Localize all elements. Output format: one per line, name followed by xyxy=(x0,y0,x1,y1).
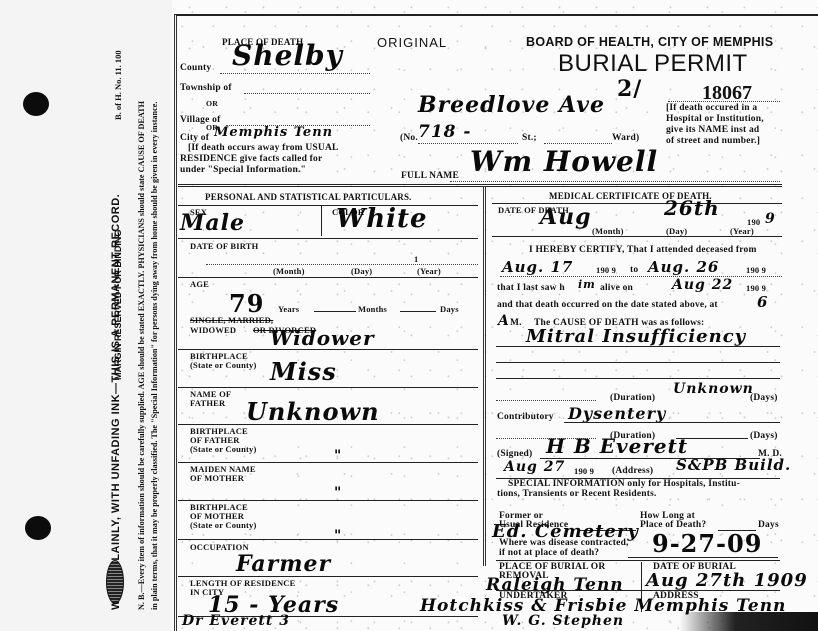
punch-hole-icon xyxy=(25,516,51,540)
column-divider xyxy=(483,186,486,566)
last-saw-year: 190 9 xyxy=(746,284,766,293)
special-info-2: tions, Transients or Recent Residents. xyxy=(497,490,657,500)
mother-birthplace-sublabel: (State or County) xyxy=(190,521,257,530)
hospital-note-4: of street and number.] xyxy=(666,137,760,147)
age-label: AGE xyxy=(190,280,209,289)
township-label: Township of xyxy=(180,84,232,94)
sex-field[interactable]: Male xyxy=(180,212,245,234)
rule xyxy=(178,205,478,206)
permit-number: 18067 xyxy=(702,83,752,103)
away-note-2: RESIDENCE give facts called for xyxy=(180,155,322,165)
attended-to-year: 190 9 xyxy=(746,266,766,275)
signed-field[interactable]: H B Everett xyxy=(546,436,688,456)
county-field[interactable]: Shelby xyxy=(232,42,343,70)
rule xyxy=(496,560,780,561)
attended-to-field[interactable]: Aug. 26 xyxy=(648,260,719,275)
ward-label: Ward) xyxy=(612,134,639,144)
bottom-scrawl: Dr Everett 3 xyxy=(182,614,290,628)
rule xyxy=(496,400,596,401)
last-saw-text: that I last saw h xyxy=(497,284,565,294)
contributory-label: Contributory xyxy=(497,413,554,423)
certify-text: I HEREBY CERTIFY, That I attended deceas… xyxy=(529,246,757,256)
punch-hole-icon xyxy=(23,92,49,116)
rule xyxy=(496,362,780,363)
birthplace-field[interactable]: Miss xyxy=(270,360,337,384)
rule xyxy=(492,203,782,204)
dob-month-label: (Month) xyxy=(273,267,305,276)
dod-year-field[interactable]: 9 xyxy=(765,212,776,226)
binding-margin: WRITE PLAINLY, WITH UNFADING INK—THIS IS… xyxy=(0,0,172,631)
township-field[interactable] xyxy=(244,93,370,94)
mother-birthplace-field[interactable]: " xyxy=(334,529,342,543)
rule xyxy=(178,238,478,239)
age-years-field[interactable]: 79 xyxy=(229,292,264,316)
sex-color-divider xyxy=(321,206,322,236)
dod-year-label: (Year) xyxy=(730,227,754,236)
duration-field[interactable]: Unknown xyxy=(673,382,754,396)
rule xyxy=(178,500,478,501)
rule xyxy=(178,349,478,350)
father-name-field[interactable]: Unknown xyxy=(246,400,380,424)
days-label: Days xyxy=(440,305,459,314)
union-label-seal-icon xyxy=(106,560,124,604)
meridiem-field[interactable]: A xyxy=(498,314,510,328)
rule xyxy=(564,422,780,423)
address-field[interactable]: S&PB Build. xyxy=(676,458,791,473)
rule xyxy=(496,346,780,347)
board-of-health: BOARD OF HEALTH, CITY OF MEMPHIS xyxy=(526,36,773,49)
last-saw-date-field[interactable]: Aug 22 xyxy=(672,278,733,292)
contributory-field[interactable]: Dysentery xyxy=(568,406,666,422)
street-number-label: (No. xyxy=(400,134,418,144)
signed-year: 190 9 xyxy=(574,467,594,476)
rule xyxy=(178,277,478,278)
nb-note-line-1: N. B.—Every item of information should b… xyxy=(137,101,146,610)
full-name-field[interactable]: Wm Howell xyxy=(470,148,658,176)
rule xyxy=(178,576,478,577)
burial-date-handwritten[interactable]: 9-27-09 xyxy=(652,532,762,556)
burial-date-field[interactable]: Aug 27th 1909 xyxy=(646,572,808,590)
city-field[interactable]: Memphis Tenn xyxy=(214,126,333,139)
county-field-rule xyxy=(220,73,370,74)
hospital-note-2: Hospital or Institution, xyxy=(666,115,764,125)
duration-days-label: (Days) xyxy=(750,394,778,404)
rule xyxy=(492,236,782,237)
father-name-sublabel: FATHER xyxy=(190,399,225,408)
county-label: County xyxy=(180,64,211,74)
attended-from-year: 190 9 xyxy=(596,266,616,275)
rule xyxy=(178,387,478,388)
rule xyxy=(178,539,478,540)
widowed-label: WIDOWED xyxy=(190,326,236,335)
rule xyxy=(178,424,478,425)
or-label: OR xyxy=(206,100,218,108)
father-birthplace-sublabel: (State or County) xyxy=(190,445,257,454)
rule xyxy=(500,276,782,277)
form-number: B. of H. No. 11. 100 xyxy=(113,50,123,120)
registrar-signature: W. G. Stephen xyxy=(502,614,624,628)
street-field[interactable]: Breedlove Ave xyxy=(418,94,605,116)
scan-edge-shadow xyxy=(680,612,818,631)
m-label: M. xyxy=(510,319,522,329)
last-saw-pronoun[interactable]: im xyxy=(578,279,596,290)
dod-day-field[interactable]: 26th xyxy=(664,198,720,218)
hospital-note-3: give its NAME inst ad xyxy=(666,126,759,136)
duration-label: (Duration) xyxy=(610,394,655,404)
hour-field[interactable]: 6 xyxy=(757,295,768,310)
header-divider xyxy=(178,184,782,187)
duration2-days-label: (Days) xyxy=(750,432,778,442)
mother-name-field[interactable]: " xyxy=(334,486,342,500)
dod-month-field[interactable]: Aug xyxy=(540,206,591,228)
birthplace-sublabel: (State or County) xyxy=(190,361,257,370)
days-field[interactable] xyxy=(400,311,436,312)
page-title: BURIAL PERMIT xyxy=(558,52,748,76)
hospital-note-1: [If death occured in a xyxy=(666,104,757,114)
full-name-rule xyxy=(450,181,780,182)
marital-label-struck: SINGLE, MARRIED, xyxy=(190,316,273,325)
dob-day-label: (Day) xyxy=(351,267,372,276)
dob-year-prefix: 1 xyxy=(414,255,418,264)
occurred-text: and that death occurred on the date stat… xyxy=(497,301,718,311)
personal-heading: PERSONAL AND STATISTICAL PARTICULARS. xyxy=(205,193,412,202)
dob-label: DATE OF BIRTH xyxy=(190,242,258,251)
alive-on-text: alive on xyxy=(600,284,633,294)
months-label: Months xyxy=(358,305,387,314)
street-rule xyxy=(418,143,518,144)
permit-number-rule xyxy=(668,101,780,102)
dob-year-label: (Year) xyxy=(417,267,441,276)
ward-field[interactable] xyxy=(544,143,612,144)
months-field[interactable] xyxy=(314,311,356,312)
nb-note-line-2: in plain terms, that it may be properly … xyxy=(150,102,159,610)
address-label: (Address) xyxy=(612,467,653,477)
where-contracted-sublabel: if not at place of death? xyxy=(499,549,599,559)
ward-mark: 2/ xyxy=(617,78,642,100)
color-field[interactable]: White xyxy=(336,206,428,232)
street-label: St.; xyxy=(522,134,537,144)
rule xyxy=(178,462,478,463)
dob-field[interactable] xyxy=(206,264,478,265)
cause-of-death-field[interactable]: Mitral Insufficiency xyxy=(526,328,746,346)
away-note-3: under "Special Information." xyxy=(180,166,306,176)
binding-note: MARGIN RESERVED FOR BINDING xyxy=(113,230,123,380)
occupation-field[interactable]: Farmer xyxy=(236,553,331,575)
dod-month-label: (Month) xyxy=(592,227,624,236)
mother-name-sublabel: OF MOTHER xyxy=(190,474,244,483)
away-note-1: [If death occurs away from USUAL xyxy=(188,144,339,154)
marital-status-field[interactable]: Widower xyxy=(270,328,375,348)
years-label: Years xyxy=(278,305,299,314)
to-label: to xyxy=(630,266,638,276)
father-birthplace-field[interactable]: " xyxy=(334,449,342,463)
rule xyxy=(496,378,780,379)
street-number-field[interactable]: 718 - xyxy=(418,124,471,141)
original-label: ORIGINAL xyxy=(377,36,447,49)
dod-day-label: (Day) xyxy=(666,227,687,236)
signed-date-field[interactable]: Aug 27 xyxy=(504,460,565,474)
attended-from-field[interactable]: Aug. 17 xyxy=(502,260,573,275)
